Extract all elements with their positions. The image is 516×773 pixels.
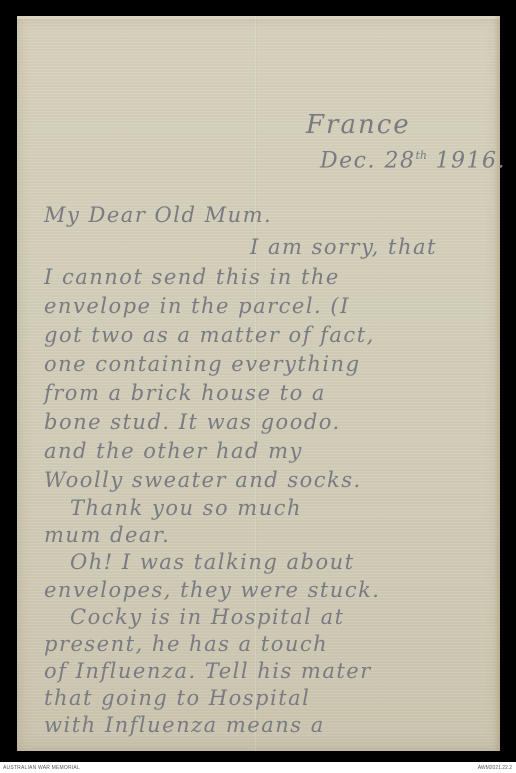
letter-line: Thank you so much	[70, 498, 302, 519]
letter-line: Woolly sweater and socks.	[44, 470, 362, 491]
footer-bar: AUSTRALIAN WAR MEMORIAL AWM2021.22.2	[0, 762, 516, 773]
letter-line: I cannot send this in the	[44, 267, 340, 288]
letter-place: France	[306, 112, 411, 138]
letter-line: with Influenza means a	[44, 715, 325, 736]
letter-line: I am sorry, that	[250, 237, 437, 258]
document-viewer: France Dec. 28th 1916. My Dear Old Mum. …	[0, 0, 516, 762]
letter-line: from a brick house to a	[44, 383, 326, 404]
letter-salutation: My Dear Old Mum.	[44, 205, 272, 226]
letter-line: got two as a matter of fact,	[44, 325, 375, 346]
letter-line: envelopes, they were stuck.	[44, 580, 380, 601]
letter-line: and the other had my	[44, 441, 303, 462]
paper-top-edge	[17, 16, 500, 19]
date-day: Dec. 28	[320, 148, 415, 173]
letter-line: mum dear.	[44, 525, 170, 546]
letter-line: bone stud. It was goodo.	[44, 412, 341, 433]
letter-line: of Influenza. Tell his mater	[44, 661, 372, 682]
footer-record-id: AWM2021.22.2	[478, 765, 512, 771]
paper-edge-stain	[494, 16, 500, 751]
date-suffix: th	[415, 149, 427, 162]
letter-line: present, he has a touch	[44, 634, 328, 655]
date-year: 1916.	[435, 148, 505, 173]
letter-date: Dec. 28th 1916.	[320, 150, 506, 172]
letter-line: envelope in the parcel. (I	[44, 296, 350, 317]
letter-line: one containing everything	[44, 354, 361, 375]
letter-line: that going to Hospital	[44, 688, 310, 709]
footer-institution: AUSTRALIAN WAR MEMORIAL	[3, 765, 80, 771]
letter-line: Cocky is in Hospital at	[70, 607, 345, 628]
letter-line: Oh! I was talking about	[70, 552, 355, 573]
